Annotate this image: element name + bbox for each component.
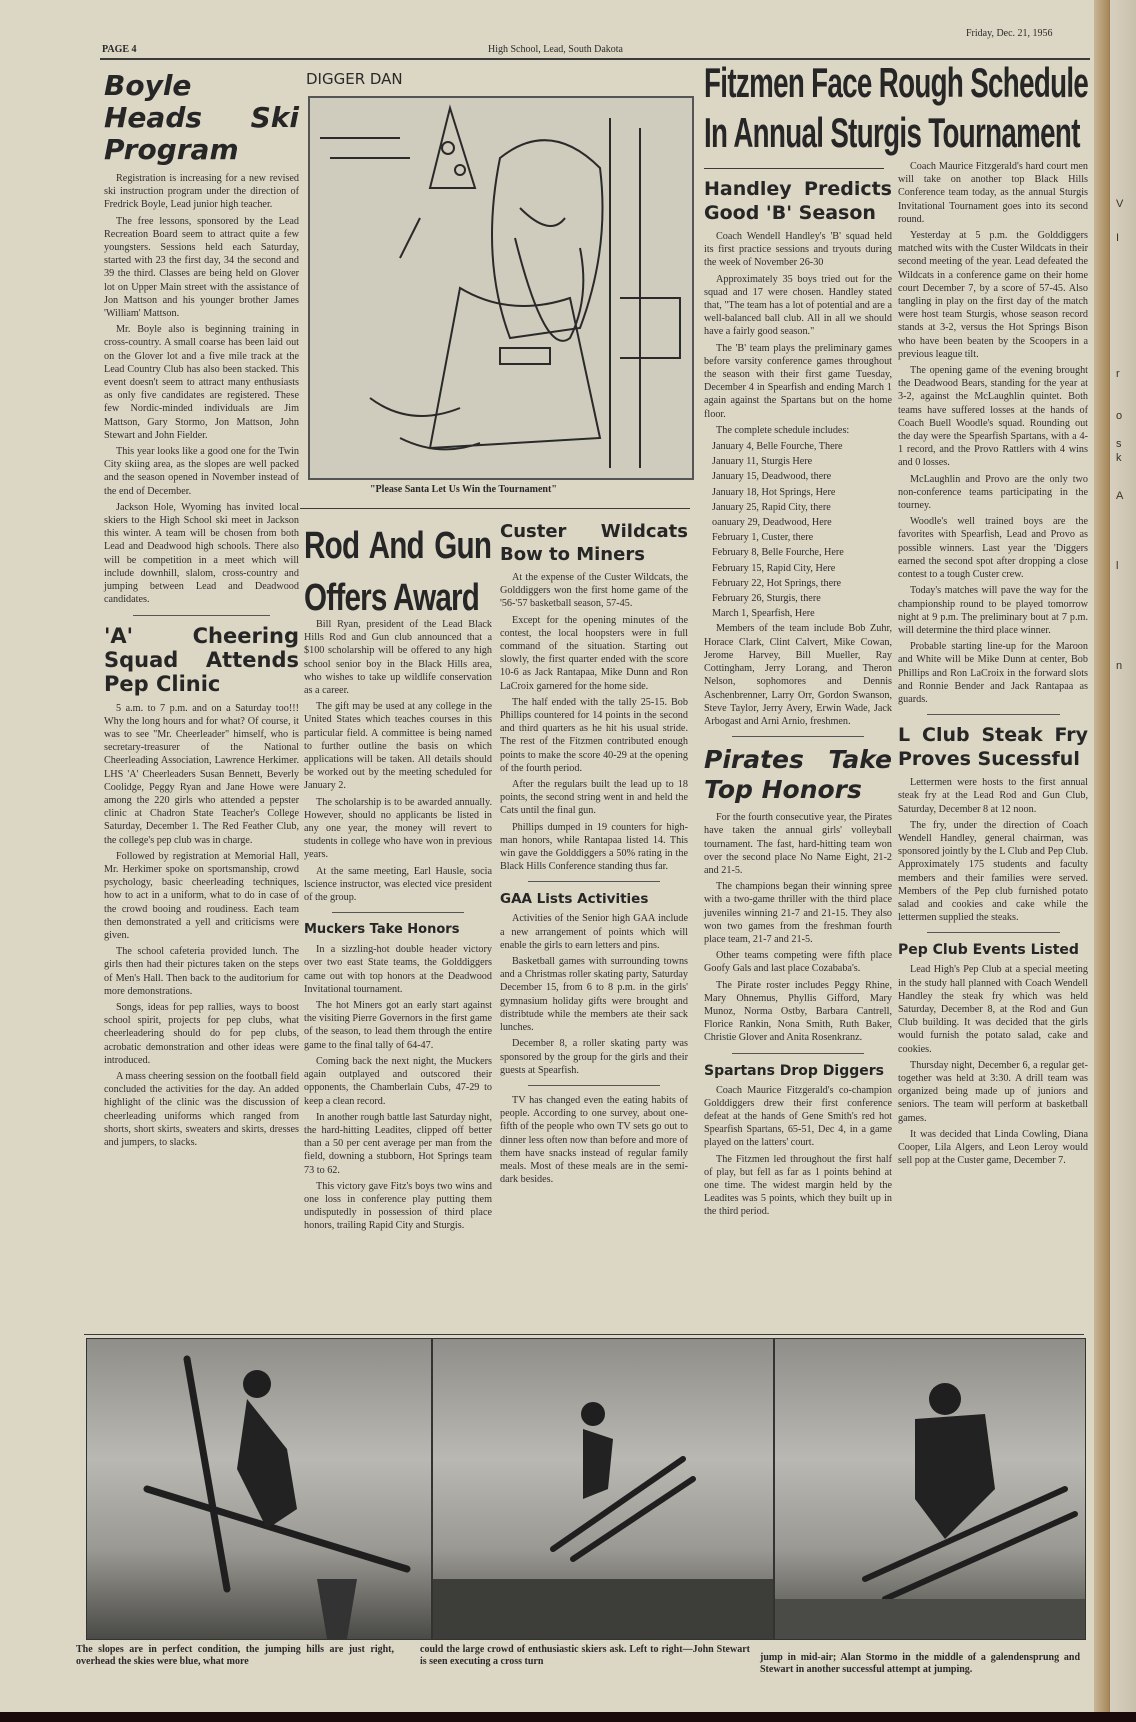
schedule-item: February 15, Rapid City, Here: [712, 562, 892, 575]
divider: [732, 736, 864, 737]
schedule-item: January 15, Deadwood, there: [712, 470, 892, 483]
custer-p5: Phillips dumped in 19 counters for high-…: [500, 821, 688, 874]
handley-p4: The complete schedule includes:: [704, 424, 892, 437]
boyle-p2: The free lessons, sponsored by the Lead …: [104, 215, 299, 321]
gaa-p1: Activities of the Senior high GAA includ…: [500, 912, 688, 952]
column-custer-gaa: Custer Wildcats Bow to Miners At the exp…: [500, 520, 688, 1189]
pepclub-headline: Pep Club Events Listed: [898, 941, 1088, 959]
cheering-p2: Followed by registration at Memorial Hal…: [104, 850, 299, 942]
pepclub-p2: Thursday night, December 6, a regular ge…: [898, 1059, 1088, 1125]
muckers-p4: In another rough battle last Saturday ni…: [304, 1111, 492, 1177]
pepclub-p1: Lead High's Pep Club at a special meetin…: [898, 963, 1088, 1055]
photo-caption-2: could the large crowd of enthusiastic sk…: [420, 1644, 750, 1668]
muckers-p5: This victory gave Fitz's boys two wins a…: [304, 1180, 492, 1233]
pirates-p4: The Pirate roster includes Peggy Rhine, …: [704, 979, 892, 1045]
spartans-p2: The Fitzmen led throughout the first hal…: [704, 1153, 892, 1219]
schedule-item: February 26, Sturgis, there: [712, 592, 892, 605]
divider: [133, 615, 270, 616]
schedule-item: January 25, Rapid City, there: [712, 501, 892, 514]
spartans-headline: Spartans Drop Diggers: [704, 1062, 892, 1080]
edge-fragment: I: [1116, 232, 1119, 244]
column-boyle-cheering: Boyle Heads Ski Program Registration is …: [104, 70, 299, 1152]
lclub-p1: Lettermen were hosts to the first annual…: [898, 776, 1088, 816]
pirates-p3: Other teams competing were fifth place G…: [704, 949, 892, 975]
schedule-item: January 4, Belle Fourche, There: [712, 440, 892, 453]
handley-p1: Coach Wendell Handley's 'B' squad held i…: [704, 230, 892, 270]
custer-p1: At the expense of the Custer Wildcats, t…: [500, 571, 688, 611]
ski-photo-left: [86, 1338, 432, 1640]
boyle-p4: This year looks like a good one for the …: [104, 445, 299, 498]
digger-dan-cartoon: [308, 96, 694, 480]
muckers-p1: In a sizzling-hot double header victory …: [304, 943, 492, 996]
muckers-p2: The hot Miners got an early start agains…: [304, 999, 492, 1052]
column-fitzmen-lclub-pep: Coach Maurice Fitzgerald's hard court me…: [898, 160, 1088, 1170]
gaa-headline: GAA Lists Activities: [500, 890, 688, 908]
edge-fragment: o: [1116, 410, 1122, 422]
fitzmen-p5: Woodle's well trained boys are the favor…: [898, 515, 1088, 581]
handley-p2: Approximately 35 boys tried out for the …: [704, 273, 892, 339]
ski-photo-middle: [432, 1338, 774, 1640]
fitzmen-p4: McLaughlin and Provo are the only two no…: [898, 473, 1088, 513]
cheering-headline: 'A' Cheering Squad Attends Pep Clinic: [104, 624, 299, 696]
gaa-p4: TV has changed even the eating habits of…: [500, 1094, 688, 1186]
pirates-p1: For the fourth consecutive year, the Pir…: [704, 811, 892, 877]
fitzmen-p1: Coach Maurice Fitzgerald's hard court me…: [898, 160, 1088, 226]
schedule-item: January 18, Hot Springs, Here: [712, 486, 892, 499]
edge-fragment: l: [1116, 560, 1118, 572]
boyle-headline: Boyle Heads Ski Program: [104, 70, 299, 166]
boyle-p5: Jackson Hole, Wyoming has invited local …: [104, 501, 299, 607]
schedule-item: February 8, Belle Fourche, Here: [712, 546, 892, 559]
pepclub-p3: It was decided that Linda Cowling, Diana…: [898, 1128, 1088, 1168]
fitzmen-p6: Today's matches will pave the way for th…: [898, 584, 1088, 637]
skier-midair-icon: [433, 1339, 773, 1639]
handley-members: Members of the team include Bob Zuhr, Ho…: [704, 622, 892, 728]
publication-line: High School, Lead, South Dakota: [488, 44, 623, 55]
cheering-p3: The school cafeteria provided lunch. The…: [104, 945, 299, 998]
muckers-p3: Coming back the next night, the Muckers …: [304, 1055, 492, 1108]
edge-fragment: n: [1116, 660, 1122, 672]
schedule-item: March 1, Spearfish, Here: [712, 607, 892, 620]
fitzmen-p7: Probable starting line-up for the Maroon…: [898, 640, 1088, 706]
cartoon-caption: "Please Santa Let Us Win the Tournament": [370, 484, 557, 496]
rodgun-p3: The scholarship is to be awarded annuall…: [304, 796, 492, 862]
photo-caption-3: jump in mid-air; Alan Stormo in the midd…: [760, 1652, 1080, 1676]
photo-caption-1: The slopes are in perfect condition, the…: [76, 1644, 394, 1668]
section-rule: [704, 168, 884, 169]
ski-photo-right: [774, 1338, 1086, 1640]
lclub-p2: The fry, under the direction of Coach We…: [898, 819, 1088, 925]
skier-jumping-icon: [775, 1339, 1085, 1639]
custer-p2: Except for the opening minutes of the co…: [500, 614, 688, 693]
divider: [927, 714, 1060, 715]
skier-cross-turn-icon: [87, 1339, 431, 1639]
custer-p4: After the regulars built the lead up to …: [500, 778, 688, 818]
handley-p3: The 'B' team plays the preliminary games…: [704, 342, 892, 421]
gaa-p2: Basketball games with surrounding towns …: [500, 955, 688, 1034]
custer-headline: Custer Wildcats Bow to Miners: [500, 520, 688, 566]
edge-fragment: s: [1116, 438, 1122, 450]
edge-fragment: k: [1116, 452, 1122, 464]
lclub-headline: L Club Steak Fry Proves Sucessful: [898, 723, 1088, 771]
newspaper-page: PAGE 4 High School, Lead, South Dakota F…: [0, 0, 1104, 1712]
divider: [332, 912, 464, 913]
photo-strip-rule: [84, 1334, 1084, 1335]
edge-fragment: A: [1116, 490, 1123, 502]
divider: [528, 1085, 660, 1086]
schedule-item: February 22, Hot Springs, there: [712, 577, 892, 590]
handley-headline: Handley Predicts Good 'B' Season: [704, 177, 892, 225]
cheering-p1: 5 a.m. to 7 p.m. and on a Saturday too!!…: [104, 702, 299, 847]
pirates-p2: The champions began their winning spree …: [704, 880, 892, 946]
rodgun-p1: Bill Ryan, president of the Lead Black H…: [304, 618, 492, 697]
page-number: PAGE 4: [102, 44, 137, 55]
rodgun-p4: At the same meeting, Earl Hausle, socia …: [304, 865, 492, 905]
divider: [732, 1053, 864, 1054]
fitzmen-headline: Fitzmen Face Rough Schedule In Annual St…: [704, 58, 1104, 158]
divider: [927, 932, 1060, 933]
rodgun-p2: The gift may be used at any college in t…: [304, 700, 492, 792]
section-rule: [300, 508, 690, 509]
fitzmen-p2: Yesterday at 5 p.m. the Golddiggers matc…: [898, 229, 1088, 361]
muckers-headline: Muckers Take Honors: [304, 921, 492, 939]
cartoon-title: DIGGER DAN: [306, 70, 403, 88]
santa-drawing-icon: [310, 98, 692, 478]
column-rodgun-muckers: Rod And Gun Offers Award Bill Ryan, pres…: [304, 520, 492, 1236]
cheering-p4: Songs, ideas for pep rallies, ways to bo…: [104, 1001, 299, 1067]
gaa-p3: December 8, a roller skating party was s…: [500, 1037, 688, 1077]
cheering-p5: A mass cheering session on the football …: [104, 1070, 299, 1149]
spartans-p1: Coach Maurice Fitzgerald's co-champion G…: [704, 1084, 892, 1150]
edge-fragment: V: [1116, 198, 1123, 210]
boyle-p1: Registration is increasing for a new rev…: [104, 172, 299, 212]
schedule-item: oanuary 29, Deadwood, Here: [712, 516, 892, 529]
boyle-p3: Mr. Boyle also is beginning training in …: [104, 323, 299, 442]
rodgun-headline: Rod And Gun Offers Award: [304, 520, 491, 624]
schedule-item: February 1, Custer, there: [712, 531, 892, 544]
schedule-item: January 11, Sturgis Here: [712, 455, 892, 468]
custer-p3: The half ended with the tally 25-15. Bob…: [500, 696, 688, 775]
issue-date: Friday, Dec. 21, 1956: [966, 28, 1053, 39]
divider: [528, 881, 660, 882]
column-handley-pirates: Handley Predicts Good 'B' Season Coach W…: [704, 168, 892, 1222]
pirates-headline: Pirates Take Top Honors: [704, 745, 892, 805]
adjacent-page-edge: V I r o s k A l n: [1110, 0, 1136, 1712]
edge-fragment: r: [1116, 368, 1120, 380]
fitzmen-p3: The opening game of the evening brought …: [898, 364, 1088, 470]
